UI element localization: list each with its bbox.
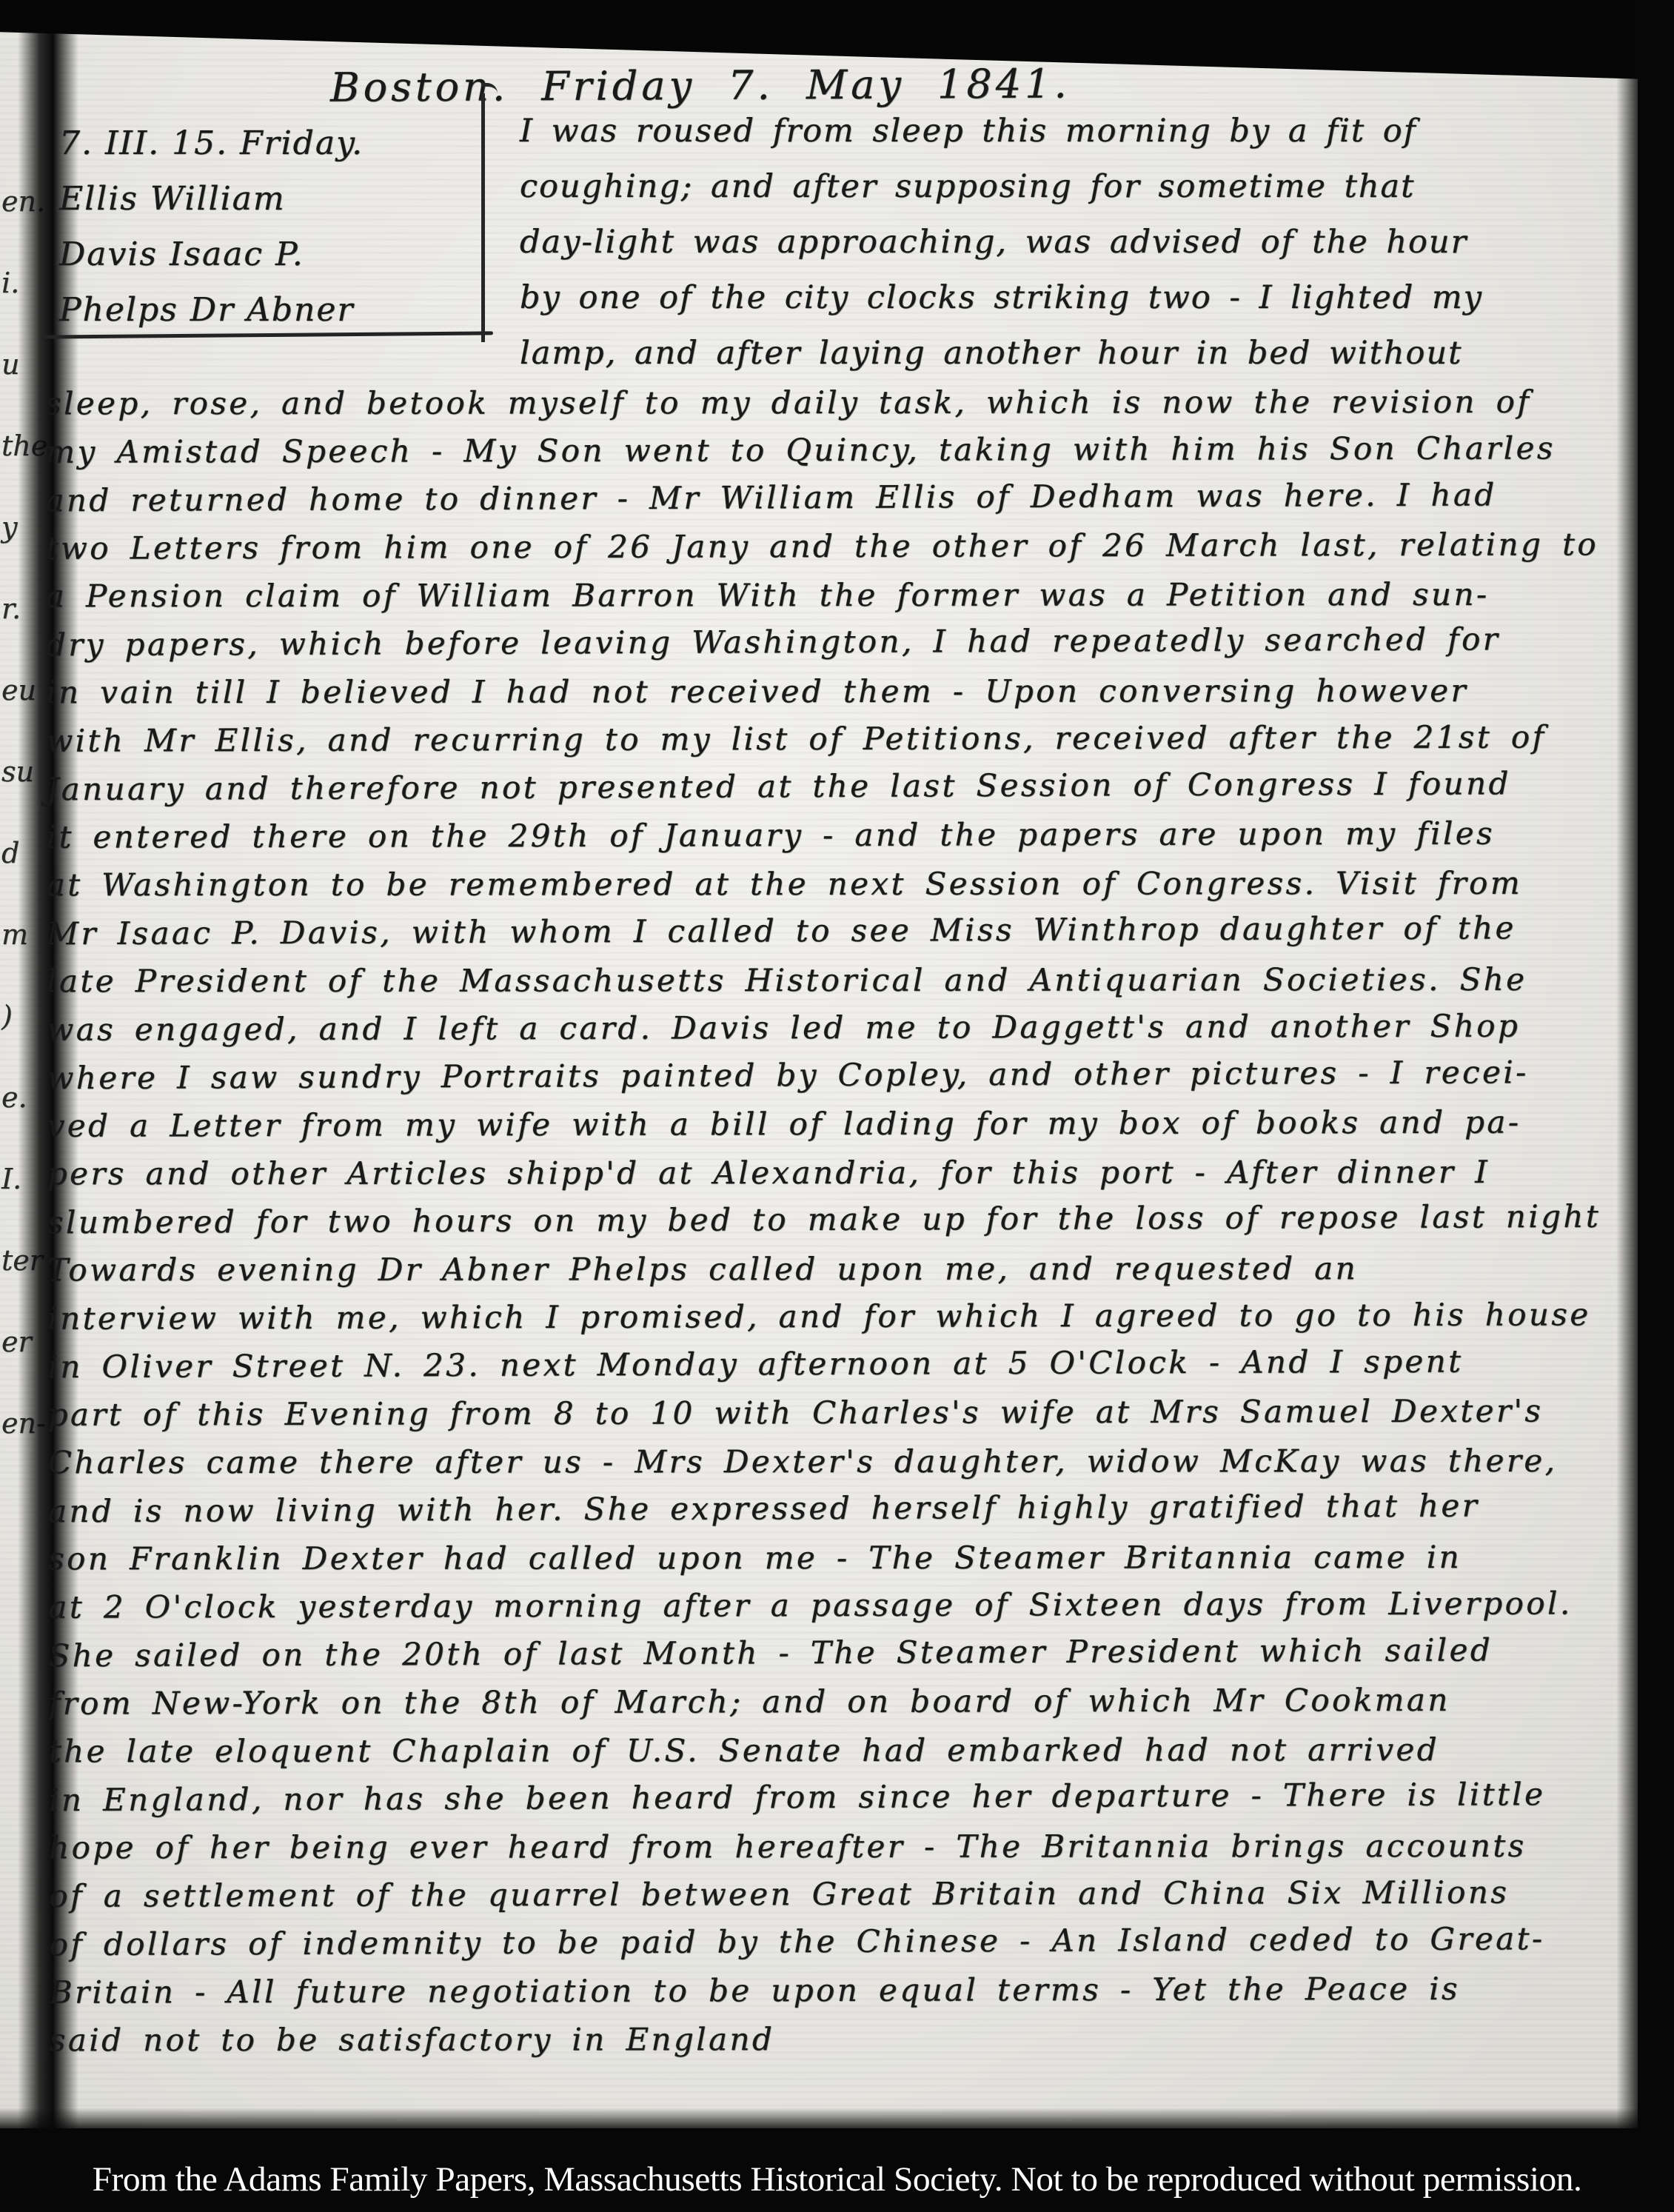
scan-right-border [1616,0,1674,2212]
diary-line: said not to be satisfactory in England [50,2014,1603,2065]
diary-line: sleep, rose, and betook myself to my dai… [45,378,1598,428]
diary-line: Mr Isaac P. Davis, with whom I called to… [47,903,1600,958]
manuscript-scan: en.i.utheyr.eusudm)e.I.tereren- Boston. … [0,0,1674,2212]
diary-line: January and therefore not presented at t… [46,759,1599,813]
diary-line: Charles came there after us - Mrs Dexter… [48,1437,1601,1487]
diary-line: and is now living with her. She expresse… [48,1481,1601,1535]
diary-line: and returned home to dinner - Mr William… [45,470,1598,524]
margin-note-line: 7. III. 15. Friday. [59,116,364,171]
margin-brace-line [481,93,507,342]
diary-line: Britain - All future negotiation to be u… [50,1964,1603,2016]
margin-note-line: Davis Isaac P. [59,227,364,282]
entry-opening-lines: I was roused from sleep this morning by … [520,104,1483,381]
diary-line: two Letters from him one of 26 Jany and … [46,520,1599,572]
diary-line: slumbered for two hours on my bed to mak… [47,1192,1601,1246]
diary-line: pers and other Articles shipp'd at Alexa… [47,1148,1601,1198]
diary-line: a Pension claim of William Barron With t… [46,570,1599,621]
edge-text-fragment: d [1,837,19,869]
diary-line: She sailed on the 20th of last Month - T… [48,1625,1601,1680]
diary-line: coughing; and after supposing for someti… [520,159,1483,215]
edge-text-fragment: u [1,348,19,381]
diary-line: from New-York on the 8th of March; and o… [49,1675,1602,1727]
diary-line: with Mr Ellis, and recurring to my list … [46,712,1599,764]
entry-body-lines: sleep, rose, and betook myself to my dai… [45,375,1603,2064]
diary-line: of a settlement of the quarrel between G… [49,1868,1602,1919]
edge-text-fragment: y [1,511,17,544]
diary-line: late President of the Massachusetts Hist… [47,955,1600,1006]
diary-line: was engaged, and I left a card. Davis le… [47,1001,1600,1053]
diary-line: day-light was approaching, was advised o… [520,215,1483,270]
diary-line: son Franklin Dexter had called upon me -… [48,1533,1601,1583]
margin-note-line: Phelps Dr Abner [59,282,364,338]
diary-line: interview with me, which I promised, and… [47,1290,1601,1342]
attribution-caption: From the Adams Family Papers, Massachuse… [0,2159,1674,2199]
diary-line: in England, nor has she been heard from … [49,1770,1602,1824]
diary-line: hope of her being ever heard from hereaf… [49,1822,1602,1872]
diary-line: ved a Letter from my wife with a bill of… [47,1097,1601,1149]
diary-line: by one of the city clocks striking two -… [520,270,1483,326]
diary-line: in vain till I believed I had not receiv… [46,666,1599,717]
diary-line: lamp, and after laying another hour in b… [520,326,1483,381]
margin-index-notes: 7. III. 15. Friday.Ellis WilliamDavis Is… [59,116,364,338]
diary-line: at 2 O'clock yesterday morning after a p… [48,1579,1601,1631]
margin-note-line: Ellis William [59,171,364,227]
diary-line: dry papers, which before leaving Washing… [46,615,1599,669]
edge-text-fragment: i. [1,267,19,299]
diary-line: my Amistad Speech - My Son went to Quinc… [45,424,1598,475]
diary-line: part of this Evening from 8 to 10 with C… [48,1386,1601,1438]
diary-line: of dollars of indemnity to be paid by th… [49,1914,1602,1968]
diary-line: the late eloquent Chaplain of U.S. Senat… [49,1725,1602,1776]
diary-line: it entered there on the 29th of January … [47,809,1600,861]
diary-line: where I saw sundry Portraits painted by … [47,1048,1600,1102]
diary-line: at Washington to be remembered at the ne… [47,859,1600,909]
edge-text-fragment: ) [1,1000,13,1032]
diary-line: in Oliver Street N. 23. next Monday afte… [47,1337,1601,1391]
diary-line: Towards evening Dr Abner Phelps called u… [47,1244,1601,1294]
diary-line: I was roused from sleep this morning by … [520,104,1483,159]
